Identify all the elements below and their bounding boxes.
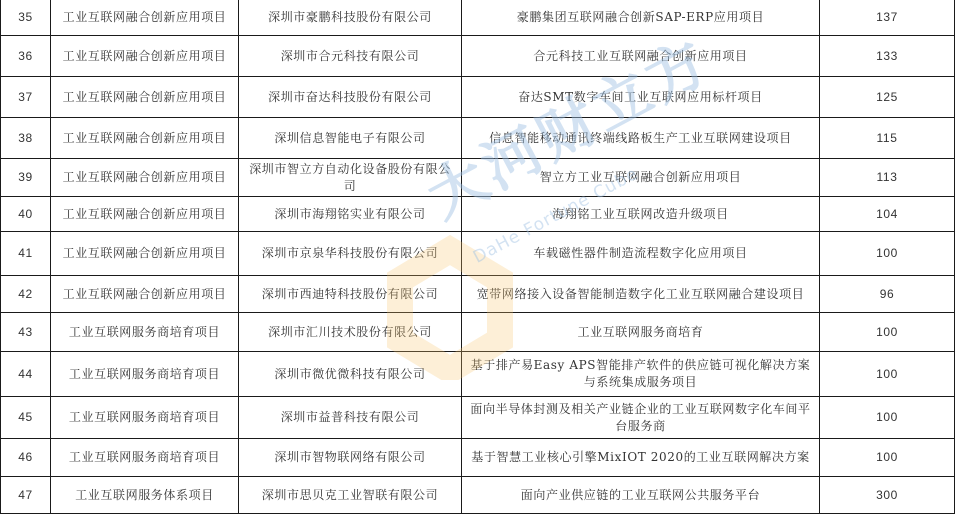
amount-cell: 96 <box>820 276 955 313</box>
amount-cell: 133 <box>820 36 955 77</box>
table-row: 46工业互联网服务商培育项目深圳市智物联网络有限公司基于智慧工业核心引擎MixI… <box>1 439 955 477</box>
row-number: 41 <box>1 232 51 276</box>
amount-cell: 100 <box>820 313 955 352</box>
project-cell: 智立方工业互联网融合创新应用项目 <box>462 159 820 197</box>
project-cell: 基于排产易Easy APS智能排产软件的供应链可视化解决方案与系统集成服务项目 <box>462 352 820 397</box>
project-cell: 合元科技工业互联网融合创新应用项目 <box>462 36 820 77</box>
company-cell: 深圳市合元科技有限公司 <box>239 36 462 77</box>
company-cell: 深圳市奋达科技股份有限公司 <box>239 77 462 118</box>
table-row: 37工业互联网融合创新应用项目深圳市奋达科技股份有限公司奋达SMT数字车间工业互… <box>1 77 955 118</box>
row-number: 43 <box>1 313 51 352</box>
project-cell: 豪鹏集团互联网融合创新SAP-ERP应用项目 <box>462 0 820 36</box>
amount-cell: 113 <box>820 159 955 197</box>
row-number: 42 <box>1 276 51 313</box>
amount-cell: 300 <box>820 477 955 514</box>
table-row: 36工业互联网融合创新应用项目深圳市合元科技有限公司合元科技工业互联网融合创新应… <box>1 36 955 77</box>
company-cell: 深圳市海翔铭实业有限公司 <box>239 197 462 232</box>
table-row: 44工业互联网服务商培育项目深圳市微优微科技有限公司基于排产易Easy APS智… <box>1 352 955 397</box>
row-number: 39 <box>1 159 51 197</box>
table-body: 35工业互联网融合创新应用项目深圳市豪鹏科技股份有限公司豪鹏集团互联网融合创新S… <box>1 0 955 514</box>
company-cell: 深圳市汇川技术股份有限公司 <box>239 313 462 352</box>
project-cell: 面向半导体封测及相关产业链企业的工业互联网数字化车间平台服务商 <box>462 397 820 439</box>
project-cell: 信息智能移动通讯终端线路板生产工业互联网建设项目 <box>462 118 820 159</box>
category-cell: 工业互联网服务体系项目 <box>51 477 239 514</box>
category-cell: 工业互联网服务商培育项目 <box>51 352 239 397</box>
table-row: 47工业互联网服务体系项目深圳市思贝克工业智联有限公司面向产业供应链的工业互联网… <box>1 477 955 514</box>
table-row: 40工业互联网融合创新应用项目深圳市海翔铭实业有限公司海翔铭工业互联网改造升级项… <box>1 197 955 232</box>
project-cell: 奋达SMT数字车间工业互联网应用标杆项目 <box>462 77 820 118</box>
company-cell: 深圳市益普科技有限公司 <box>239 397 462 439</box>
amount-cell: 125 <box>820 77 955 118</box>
row-number: 40 <box>1 197 51 232</box>
project-cell: 工业互联网服务商培育 <box>462 313 820 352</box>
amount-cell: 137 <box>820 0 955 36</box>
row-number: 37 <box>1 77 51 118</box>
category-cell: 工业互联网融合创新应用项目 <box>51 276 239 313</box>
company-cell: 深圳信息智能电子有限公司 <box>239 118 462 159</box>
project-cell: 车载磁性器件制造流程数字化应用项目 <box>462 232 820 276</box>
category-cell: 工业互联网服务商培育项目 <box>51 313 239 352</box>
category-cell: 工业互联网融合创新应用项目 <box>51 36 239 77</box>
company-cell: 深圳市京泉华科技股份有限公司 <box>239 232 462 276</box>
category-cell: 工业互联网服务商培育项目 <box>51 439 239 477</box>
table-row: 41工业互联网融合创新应用项目深圳市京泉华科技股份有限公司车载磁性器件制造流程数… <box>1 232 955 276</box>
company-cell: 深圳市豪鹏科技股份有限公司 <box>239 0 462 36</box>
table-row: 35工业互联网融合创新应用项目深圳市豪鹏科技股份有限公司豪鹏集团互联网融合创新S… <box>1 0 955 36</box>
category-cell: 工业互联网融合创新应用项目 <box>51 232 239 276</box>
category-cell: 工业互联网融合创新应用项目 <box>51 118 239 159</box>
company-cell: 深圳市微优微科技有限公司 <box>239 352 462 397</box>
row-number: 44 <box>1 352 51 397</box>
amount-cell: 100 <box>820 397 955 439</box>
project-cell: 面向产业供应链的工业互联网公共服务平台 <box>462 477 820 514</box>
company-cell: 深圳市智立方自动化设备股份有限公司 <box>239 159 462 197</box>
amount-cell: 115 <box>820 118 955 159</box>
project-cell: 宽带网络接入设备智能制造数字化工业互联网融合建设项目 <box>462 276 820 313</box>
category-cell: 工业互联网融合创新应用项目 <box>51 197 239 232</box>
row-number: 36 <box>1 36 51 77</box>
amount-cell: 104 <box>820 197 955 232</box>
table-row: 38工业互联网融合创新应用项目深圳信息智能电子有限公司信息智能移动通讯终端线路板… <box>1 118 955 159</box>
category-cell: 工业互联网服务商培育项目 <box>51 397 239 439</box>
project-table: 35工业互联网融合创新应用项目深圳市豪鹏科技股份有限公司豪鹏集团互联网融合创新S… <box>0 0 955 514</box>
amount-cell: 100 <box>820 352 955 397</box>
table-row: 42工业互联网融合创新应用项目深圳市西迪特科技股份有限公司宽带网络接入设备智能制… <box>1 276 955 313</box>
row-number: 38 <box>1 118 51 159</box>
category-cell: 工业互联网融合创新应用项目 <box>51 159 239 197</box>
company-cell: 深圳市西迪特科技股份有限公司 <box>239 276 462 313</box>
row-number: 46 <box>1 439 51 477</box>
company-cell: 深圳市思贝克工业智联有限公司 <box>239 477 462 514</box>
company-cell: 深圳市智物联网络有限公司 <box>239 439 462 477</box>
project-cell: 海翔铭工业互联网改造升级项目 <box>462 197 820 232</box>
project-cell: 基于智慧工业核心引擎MixIOT 2020的工业互联网解决方案 <box>462 439 820 477</box>
amount-cell: 100 <box>820 232 955 276</box>
table-row: 45工业互联网服务商培育项目深圳市益普科技有限公司面向半导体封测及相关产业链企业… <box>1 397 955 439</box>
amount-cell: 100 <box>820 439 955 477</box>
category-cell: 工业互联网融合创新应用项目 <box>51 77 239 118</box>
table-row: 43工业互联网服务商培育项目深圳市汇川技术股份有限公司工业互联网服务商培育100 <box>1 313 955 352</box>
row-number: 45 <box>1 397 51 439</box>
table-row: 39工业互联网融合创新应用项目深圳市智立方自动化设备股份有限公司智立方工业互联网… <box>1 159 955 197</box>
row-number: 47 <box>1 477 51 514</box>
row-number: 35 <box>1 0 51 36</box>
category-cell: 工业互联网融合创新应用项目 <box>51 0 239 36</box>
